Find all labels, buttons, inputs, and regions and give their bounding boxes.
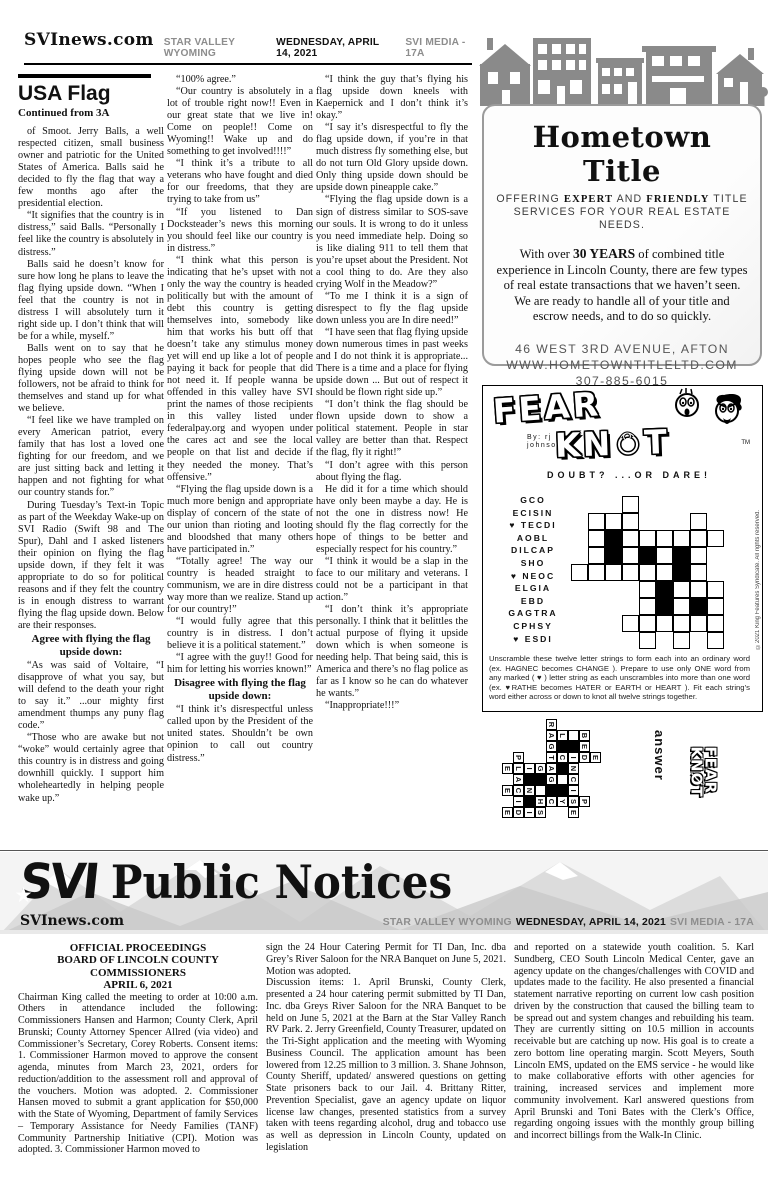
fearknot-t: T — [644, 422, 670, 462]
grid-cell: P — [513, 752, 524, 763]
article-paragraph: He did it for a time which should have o… — [316, 484, 468, 556]
mini-logo-knot: KNØT — [690, 746, 704, 797]
public-notices-banner: SVI★ Public Notices SVInews.com STAR VAL… — [0, 852, 768, 934]
grid-cell: I — [524, 763, 535, 774]
article-continued-note: Continued from 3A — [18, 107, 164, 119]
article-col1-text: of Smoot. Jerry Balls, a well respected … — [18, 126, 164, 805]
article-paragraph: During Tuesday’s Text-in Topic as part o… — [18, 500, 164, 633]
grid-cell — [622, 564, 639, 581]
notices-paragraph: OFFICIAL PROCEEDINGS — [18, 942, 258, 954]
strip-site-name: SVInews.com — [20, 913, 124, 929]
ad-offering-segment: AND — [613, 193, 646, 205]
grid-cell — [690, 547, 707, 564]
notices-column-3: and reported on a statewide youth coalit… — [514, 942, 754, 1156]
fearknot-title-fear: FEAR — [492, 384, 603, 430]
letter-string: ECISIN — [487, 507, 579, 520]
article-paragraph: Disagree with flying the flag upside dow… — [167, 677, 313, 703]
grid-cell — [707, 632, 724, 649]
grid-cell: E — [502, 807, 513, 818]
fearknot-mini-logo: FEAR KNØT — [690, 746, 718, 797]
notices-paragraph: sign the 24 Hour Catering Permit for TI … — [266, 942, 506, 977]
strip-date: WEDNESDAY, APRIL 14, 2021 — [516, 917, 666, 928]
grid-cell — [690, 581, 707, 598]
grid-cell — [707, 615, 724, 632]
grid-cell: I — [524, 807, 535, 818]
article-paragraph: “To me I think it is a sign of disrespec… — [316, 291, 468, 327]
letter-string: ♥ NEOC — [487, 570, 579, 583]
grid-cell: E — [579, 741, 590, 752]
grid-cell — [673, 581, 690, 598]
grid-cell — [656, 615, 673, 632]
grid-black-cell — [524, 774, 535, 785]
masthead-media-page: SVI MEDIA - 17A — [405, 37, 472, 59]
fearknot-puzzle-panel: FEAR By: rj johnson KN T TM — [482, 385, 763, 712]
ad-body-text: With over 30 YEARS of combined title exp… — [496, 246, 748, 325]
article-paragraph: “100% agree.” — [167, 74, 313, 86]
public-notices-dateline: SVInews.com STAR VALLEY WYOMING WEDNESDA… — [20, 912, 754, 930]
article-paragraph: “I think what this person is indicating … — [167, 255, 313, 484]
mini-logo-fear: FEAR — [704, 746, 718, 797]
grid-cell — [622, 496, 639, 513]
svi-logo: SVI★ — [17, 853, 100, 910]
grid-cell — [605, 564, 622, 581]
article-paragraph: “Flying the flag upside down is a much m… — [167, 484, 313, 556]
article-paragraph: “I feel like we have trampled on every A… — [18, 415, 164, 499]
grid-cell — [707, 598, 724, 615]
masthead-location: STAR VALLEY WYOMING — [164, 37, 266, 59]
puzzle-instructions: Unscramble these twelve letter strings t… — [489, 654, 750, 702]
grid-cell: L — [513, 763, 524, 774]
fearknot-kn: KN — [554, 424, 613, 465]
grid-black-cell — [690, 598, 707, 615]
article-paragraph: “As was said of Voltaire, “I disapprove … — [18, 660, 164, 732]
grid-cell: P — [579, 796, 590, 807]
knot-o-icon — [613, 427, 644, 458]
grid-black-cell — [557, 785, 568, 796]
grid-cell: A — [546, 730, 557, 741]
grid-cell — [707, 530, 724, 547]
grid-cell: G — [546, 774, 557, 785]
grid-cell: L — [557, 730, 568, 741]
section-divider-rule — [0, 850, 768, 851]
article-paragraph: “It signifies that the country is in dis… — [18, 210, 164, 258]
grid-cell — [639, 598, 656, 615]
usa-flag-article: USA Flag Continued from 3A of Smoot. Jer… — [18, 74, 473, 856]
grid-cell — [622, 547, 639, 564]
grid-cell: I — [568, 785, 579, 796]
masthead-rule — [24, 63, 472, 65]
official-proceedings: OFFICIAL PROCEEDINGSBOARD OF LINCOLN COU… — [18, 942, 754, 1156]
article-column-2: “100% agree.”“Our country is absolutely … — [167, 74, 313, 856]
grid-cell: G — [546, 741, 557, 752]
ad-address-block: 46 WEST 3RD AVENUE, AFTONWWW.HOMETOWNTIT… — [496, 341, 748, 389]
grid-cell — [656, 564, 673, 581]
article-paragraph: of Smoot. Jerry Balls, a well respected … — [18, 126, 164, 210]
masthead: SVInews.com STAR VALLEY WYOMING WEDNESDA… — [24, 30, 472, 65]
letter-string: AOBL — [487, 532, 579, 545]
grid-cell — [605, 513, 622, 530]
public-notices-title: SVI★ Public Notices — [20, 854, 452, 908]
angry-face-icon — [710, 392, 746, 428]
strip-location: STAR VALLEY WYOMING — [383, 917, 512, 928]
grid-cell: G — [535, 763, 546, 774]
puzzle-grid — [571, 496, 741, 649]
article-paragraph: “If you listened to Dan Docksteader’s ne… — [167, 207, 313, 255]
grid-cell — [622, 530, 639, 547]
grid-cell — [571, 564, 588, 581]
grid-black-cell — [605, 547, 622, 564]
grid-black-cell — [656, 598, 673, 615]
notices-column-2: sign the 24 Hour Catering Permit for TI … — [266, 942, 506, 1156]
answer-label: answer — [652, 730, 667, 781]
letter-string: ELGIA — [487, 582, 579, 595]
letter-string: GAGTRA — [487, 607, 579, 620]
grid-cell: E — [590, 752, 601, 763]
ad-title: Hometown Title — [496, 120, 748, 188]
grid-cell: N — [524, 785, 535, 796]
grid-cell — [656, 530, 673, 547]
star-icon: ★ — [15, 882, 30, 907]
grid-black-cell — [656, 581, 673, 598]
grid-black-cell — [639, 547, 656, 564]
site-name: SVInews.com — [24, 30, 154, 50]
grid-cell: C — [557, 752, 568, 763]
public-notices-wordmark: Public Notices — [111, 856, 452, 909]
article-title: USA Flag — [18, 83, 164, 105]
grid-cell — [639, 615, 656, 632]
article-column-1: USA Flag Continued from 3A of Smoot. Jer… — [18, 74, 164, 856]
notices-paragraph: and reported on a statewide youth coalit… — [514, 942, 754, 1142]
grid-cell — [568, 730, 579, 741]
grid-cell — [557, 774, 568, 785]
ad-address-line: 46 WEST 3RD AVENUE, AFTON — [496, 341, 748, 357]
article-paragraph: “Inappropriate!!!” — [316, 700, 468, 712]
strip-date-block: STAR VALLEY WYOMING WEDNESDAY, APRIL 14,… — [383, 912, 754, 930]
letter-string: ♥ ESDI — [487, 633, 579, 646]
grid-cell: C — [546, 796, 557, 807]
scared-face-icon — [672, 388, 704, 424]
grid-cell — [622, 615, 639, 632]
article-paragraph: “I think the guy that’s flying his flag … — [316, 74, 468, 122]
grid-black-cell — [546, 785, 557, 796]
letter-string: CPHSY — [487, 620, 579, 633]
grid-cell: E — [568, 807, 579, 818]
ad-offering-segment: FRIENDLY — [646, 194, 709, 205]
headline-rule — [18, 74, 151, 78]
notices-paragraph: Chairman King called the meeting to orde… — [18, 992, 258, 1157]
grid-cell — [673, 632, 690, 649]
article-paragraph: “I think it would be a slap in the face … — [316, 556, 468, 604]
strip-media-page: SVI MEDIA - 17A — [670, 917, 754, 928]
ad-offering-line: OFFERING EXPERT AND FRIENDLY TITLE SERVI… — [496, 193, 748, 232]
grid-cell — [690, 615, 707, 632]
grid-cell: N — [568, 763, 579, 774]
grid-black-cell — [605, 530, 622, 547]
notices-column-1: OFFICIAL PROCEEDINGSBOARD OF LINCOLN COU… — [18, 942, 258, 1156]
fearknot-title-knot: KN T — [554, 422, 669, 465]
grid-cell: R — [546, 719, 557, 730]
article-paragraph: Agree with flying the flag upside down: — [18, 633, 164, 659]
puzzle-copyright: ©2021 King Features Syndicate. All right… — [755, 474, 761, 649]
ad-body-pre: With over — [520, 247, 573, 261]
article-paragraph: “Our country is absolutely in a lot of t… — [167, 86, 313, 158]
letter-string: SHO — [487, 557, 579, 570]
article-paragraph: “Flying the flag upside down is a sign o… — [316, 194, 468, 290]
grid-cell: I — [568, 752, 579, 763]
notices-paragraph: BOARD OF LINCOLN COUNTY COMMISSIONERS — [18, 954, 258, 979]
grid-cell: B — [579, 730, 590, 741]
grid-cell — [639, 530, 656, 547]
grid-black-cell — [557, 741, 568, 752]
article-paragraph: “I don’t think the flag should be flown … — [316, 399, 468, 459]
fearknot-tagline: DOUBT? ...OR DARE! — [547, 470, 711, 480]
grid-cell: S — [568, 796, 579, 807]
letter-string: GCO — [487, 494, 579, 507]
article-paragraph: “I think it’s disrespectful unless calle… — [167, 704, 313, 764]
grid-cell: E — [502, 785, 513, 796]
grid-cell — [690, 513, 707, 530]
grid-cell — [690, 564, 707, 581]
grid-cell — [639, 581, 656, 598]
article-paragraph: Balls went on to say that he hopes peopl… — [18, 343, 164, 415]
grid-cell: D — [513, 807, 524, 818]
grid-cell — [673, 598, 690, 615]
notices-paragraph: APRIL 6, 2021 — [18, 979, 258, 991]
ad-offering-segment: OFFERING — [496, 193, 564, 205]
grid-cell: A — [513, 774, 524, 785]
grid-cell — [535, 785, 546, 796]
notices-paragraph: Discussion items: 1. April Brunski, Coun… — [266, 977, 506, 1153]
grid-cell: C — [513, 785, 524, 796]
grid-cell: C — [568, 774, 579, 785]
grid-black-cell — [673, 564, 690, 581]
article-column-3: “I think the guy that’s flying his flag … — [316, 74, 468, 856]
hometown-title-ad: Hometown Title OFFERING EXPERT AND FRIEN… — [482, 104, 762, 366]
grid-black-cell — [535, 774, 546, 785]
grid-cell: D — [579, 752, 590, 763]
article-paragraph: “Those who are awake but not “woke” woul… — [18, 732, 164, 804]
houses-graphic — [478, 28, 768, 108]
article-paragraph: “I say it’s disrespectful to fly the fla… — [316, 122, 468, 194]
ad-body-highlight: 30 YEARS — [573, 246, 635, 261]
grid-cell — [673, 615, 690, 632]
grid-cell — [639, 632, 656, 649]
article-paragraph: “I agree with the guy!! Good for him for… — [167, 652, 313, 676]
ad-offering-segment: EXPERT — [564, 194, 613, 205]
grid-black-cell — [524, 796, 535, 807]
puzzle-answer-area: EBEDPINCISELCYRAGTAGCGHSINIPLACIDEEE ans… — [482, 712, 763, 848]
grid-black-cell — [673, 547, 690, 564]
grid-cell — [673, 530, 690, 547]
article-paragraph: “I have seen that flag flying upside dow… — [316, 327, 468, 399]
grid-cell — [707, 581, 724, 598]
article-paragraph: “Totally agree! The way our country is h… — [167, 556, 313, 616]
grid-black-cell — [568, 741, 579, 752]
letter-strings-list: GCOECISIN♥ TECDIAOBLDILCAPSHO♥ NEOCELGIA… — [487, 494, 579, 645]
ad-address-line: WWW.HOMETOWNTITLELTD.COM — [496, 357, 748, 373]
grid-cell: E — [502, 763, 513, 774]
grid-cell — [588, 564, 605, 581]
article-paragraph: “I would fully agree that this country i… — [167, 616, 313, 652]
grid-cell — [588, 530, 605, 547]
grid-black-cell — [557, 763, 568, 774]
newspaper-page: SVInews.com STAR VALLEY WYOMING WEDNESDA… — [0, 0, 768, 1187]
article-header: USA Flag Continued from 3A — [18, 74, 164, 119]
article-paragraph: “I don’t agree with this person about fl… — [316, 460, 468, 484]
letter-string: EBD — [487, 595, 579, 608]
article-paragraph: “I don’t think it’s appropriate personal… — [316, 604, 468, 700]
grid-cell — [588, 547, 605, 564]
grid-cell: Y — [557, 796, 568, 807]
fearknot-logo: FEAR By: rj johnson KN T TM — [485, 388, 760, 488]
grid-cell: T — [546, 752, 557, 763]
masthead-date: WEDNESDAY, APRIL 14, 2021 — [276, 37, 395, 59]
article-paragraph: “I think it’s a tribute to all veterans … — [167, 158, 313, 206]
answer-grid-rotated: EBEDPINCISELCYRAGTAGCGHSINIPLACIDEEE — [502, 719, 601, 829]
grid-cell — [588, 513, 605, 530]
grid-cell: I — [513, 796, 524, 807]
letter-string: DILCAP — [487, 544, 579, 557]
grid-cell — [690, 530, 707, 547]
grid-cell: S — [535, 807, 546, 818]
grid-cell — [622, 513, 639, 530]
grid-cell: A — [546, 763, 557, 774]
grid-cell — [656, 547, 673, 564]
grid-cell — [639, 564, 656, 581]
letter-string: ♥ TECDI — [487, 519, 579, 532]
grid-cell: H — [535, 796, 546, 807]
trademark-symbol: TM — [741, 440, 750, 446]
article-paragraph: Balls said he doesn’t know for sure how … — [18, 259, 164, 343]
